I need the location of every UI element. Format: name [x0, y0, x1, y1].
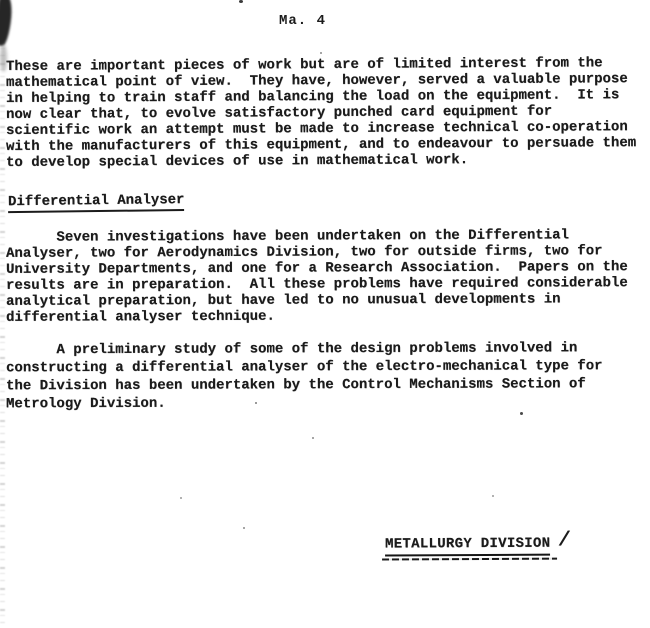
scan-speck	[312, 437, 314, 439]
scan-speck	[180, 497, 182, 499]
scan-speck	[239, 0, 243, 3]
scan-speck	[320, 52, 322, 54]
scan-speck	[520, 412, 523, 415]
scan-speck	[255, 402, 257, 404]
scan-speck	[492, 495, 494, 497]
document-body: Ma. 4 These are important pieces of work…	[0, 0, 650, 628]
section-heading: Differential Analyser	[8, 192, 185, 213]
text-line: A preliminary study of some of the desig…	[6, 339, 650, 359]
page-number: Ma. 4	[279, 13, 326, 29]
scan-speck	[243, 527, 245, 529]
continuation-label: METALLURGY DIVISION	[385, 536, 550, 557]
left-edge-scan-noise	[0, 0, 5, 628]
text-line: Metrology Division.	[6, 393, 650, 413]
scan-blob-artifact	[0, 44, 7, 72]
section-heading-wrap: Differential Analyser	[8, 192, 184, 211]
continuation-catchword: METALLURGY DIVISION/	[385, 535, 571, 557]
document-page: Ma. 4 These are important pieces of work…	[0, 0, 650, 628]
paragraph-punched-card-work: These are important pieces of work but a…	[6, 55, 650, 167]
continuation-slash-mark: /	[558, 533, 571, 550]
text-line: to develop special devices of use in mat…	[6, 151, 650, 171]
text-line: the Division has been undertaken by the …	[6, 375, 650, 395]
text-line: constructing a differential analyser of …	[6, 357, 650, 377]
paragraph-differential-analyser-investigations: Seven investigations have been undertake…	[6, 227, 650, 323]
paragraph-preliminary-study: A preliminary study of some of the desig…	[6, 339, 650, 411]
text-line: differential analyser technique.	[6, 307, 650, 326]
